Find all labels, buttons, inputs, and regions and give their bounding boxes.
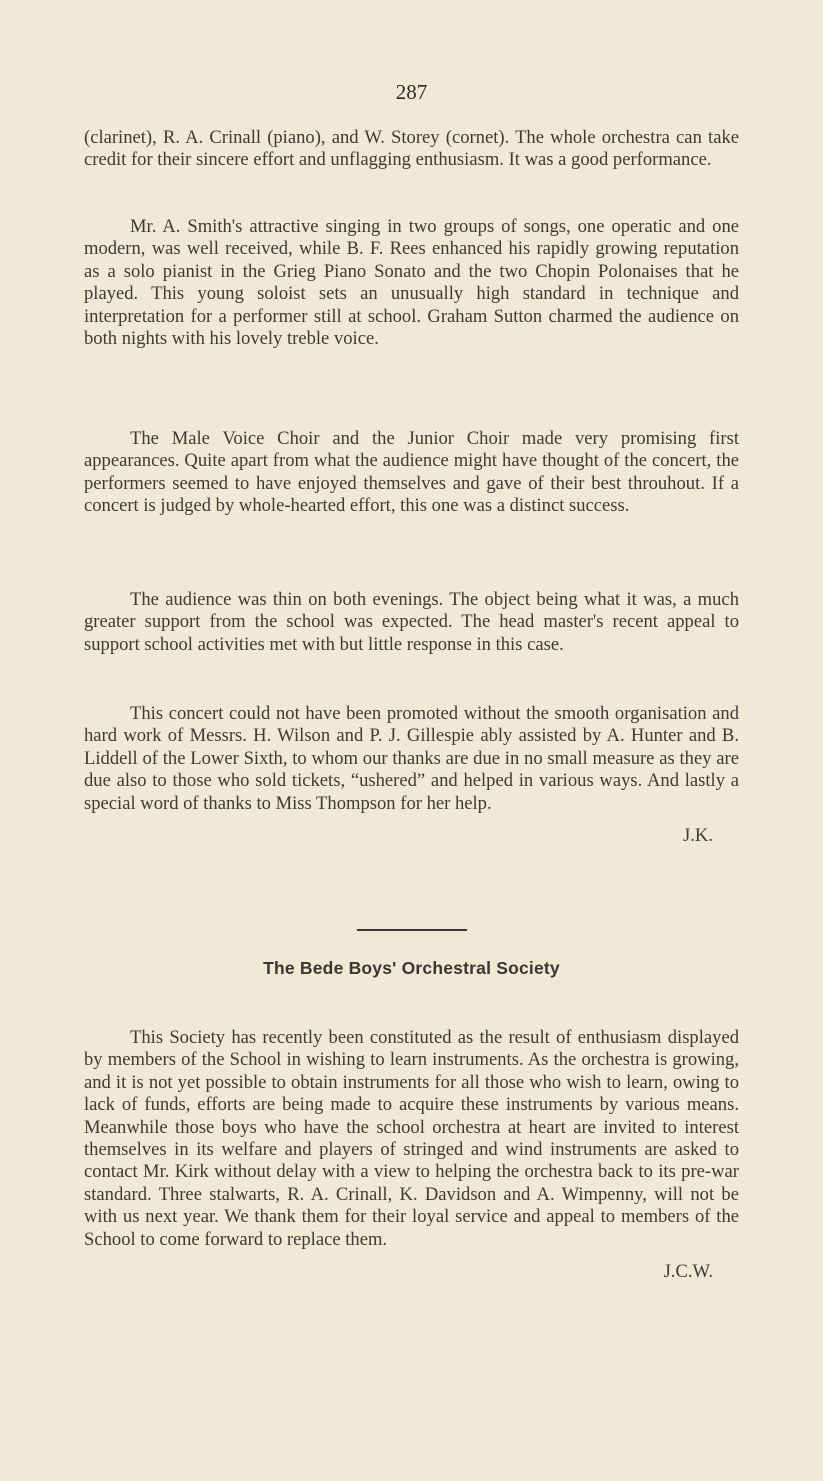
concert-review-para-1-block: (clarinet), R. A. Crinall (piano), and W… (84, 127, 739, 172)
concert-review-signature: J.K. (84, 825, 739, 847)
concert-review-paragraph-3: The Male Voice Choir and the Junior Choi… (84, 428, 739, 518)
concert-review-para-4-block: The audience was thin on both evenings. … (84, 589, 739, 656)
concert-review-para-2-block: Mr. A. Smith's attractive singing in two… (84, 216, 739, 350)
orchestral-society-paragraph-1: This Society has recently been constitut… (84, 1027, 739, 1251)
document-page: 287 (clarinet), R. A. Crinall (piano), a… (0, 0, 823, 1481)
concert-review-paragraph-2: Mr. A. Smith's attractive singing in two… (84, 216, 739, 350)
page-number: 287 (0, 80, 823, 105)
section-divider (357, 929, 467, 931)
concert-review-paragraph-4: The audience was thin on both evenings. … (84, 589, 739, 656)
orchestral-society-heading: The Bede Boys' Orchestral Society (0, 958, 823, 979)
concert-review-paragraph-5: This concert could not have been promote… (84, 703, 739, 815)
orchestral-society-body: This Society has recently been constitut… (84, 1027, 739, 1283)
orchestral-society-signature: J.C.W. (84, 1261, 739, 1283)
concert-review-para-3-block: The Male Voice Choir and the Junior Choi… (84, 428, 739, 518)
concert-review-paragraph-1: (clarinet), R. A. Crinall (piano), and W… (84, 127, 739, 172)
concert-review-para-5-block: This concert could not have been promote… (84, 703, 739, 847)
